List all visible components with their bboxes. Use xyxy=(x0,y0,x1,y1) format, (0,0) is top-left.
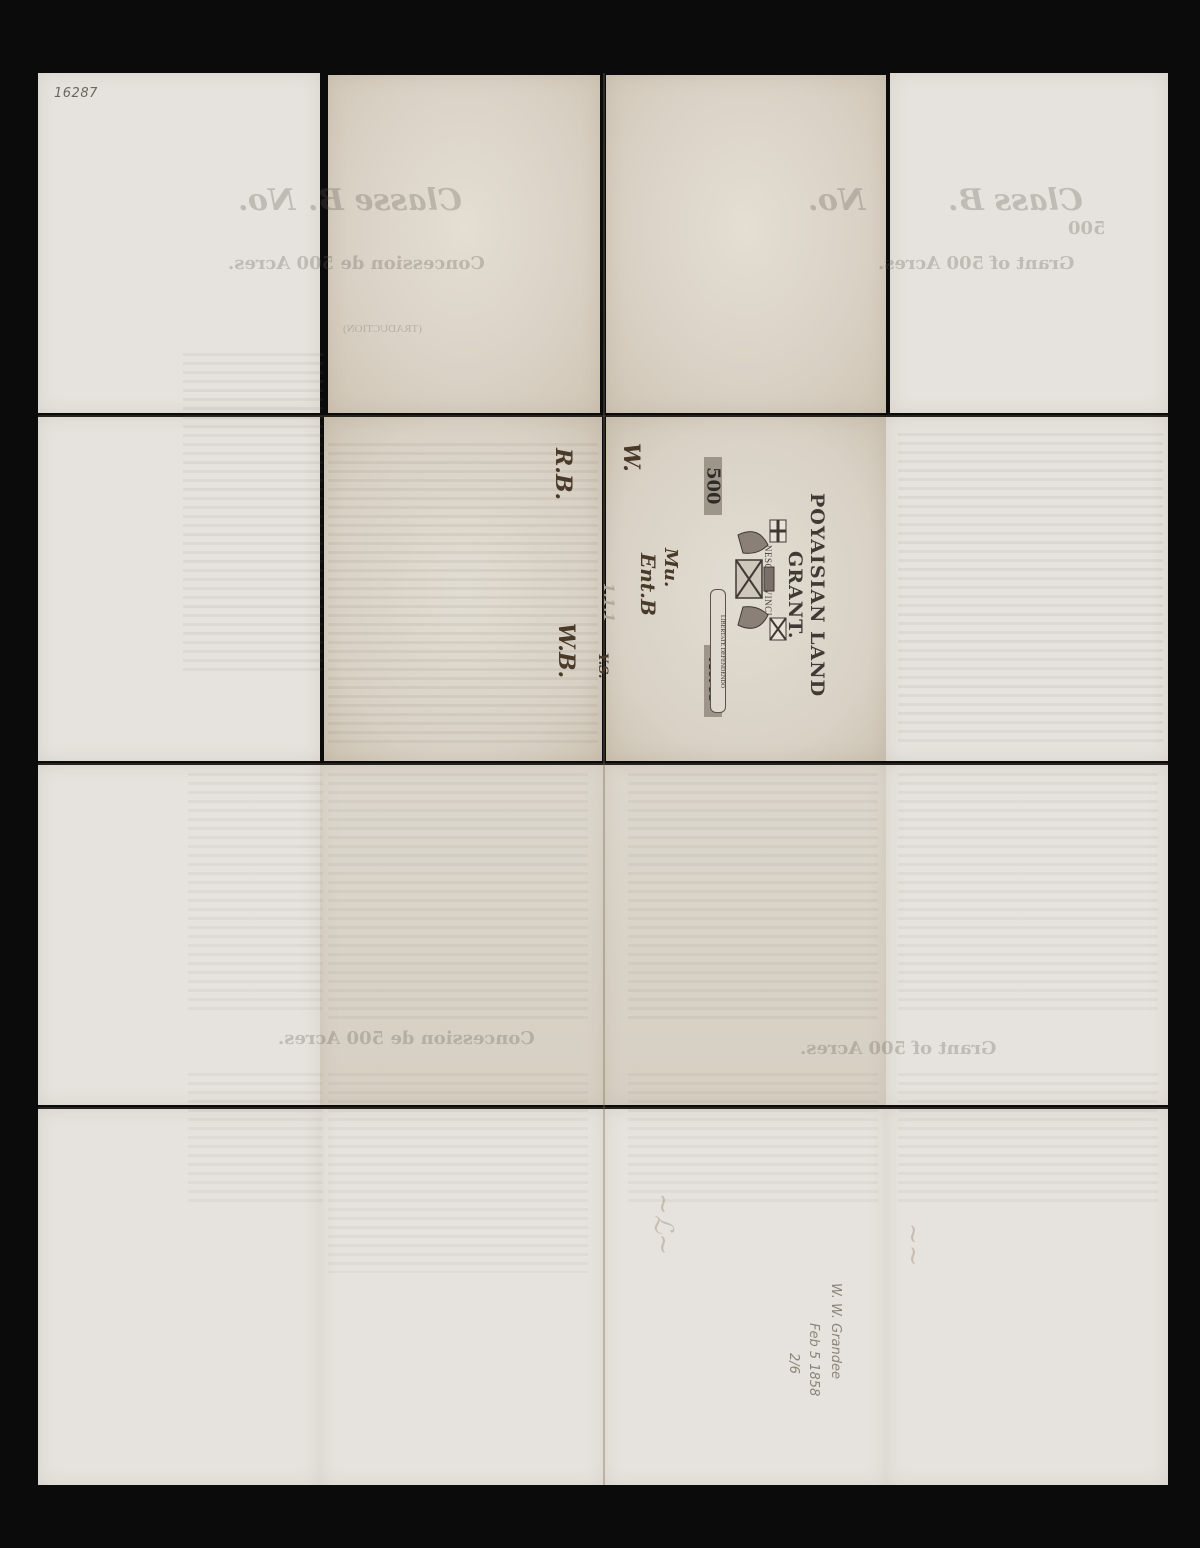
bleed-header-no: No. xyxy=(238,183,295,218)
seal-title: POYAISIAN LAND GRANT. xyxy=(788,445,828,745)
bleed-subtitle: Concession de 500 Acres. xyxy=(228,253,485,274)
pencil-note: Feb 5 1858 xyxy=(806,1323,821,1396)
bleed-text-block xyxy=(183,353,323,673)
handwritten-initials: 1.1.1 xyxy=(600,583,616,622)
bleed-text-block xyxy=(628,773,878,1023)
poyaisian-seal: POYAISIAN LAND GRANT. NESCIUS VINCI 500 … xyxy=(700,445,835,745)
bleed-header-class: Classe B. xyxy=(308,183,462,218)
seal-ribbon: LIBERTATE DEFENDENDO xyxy=(710,589,726,713)
handwritten-initials: Mu. xyxy=(660,548,681,587)
panel-r1-c4 xyxy=(890,73,1168,413)
bleed-header-no: No. xyxy=(808,183,865,218)
seal-amount: 500 xyxy=(704,457,722,515)
bleed-subtitle-lower: Concession de 500 Acres. xyxy=(278,1028,535,1049)
bleed-amount: 500 xyxy=(1068,218,1106,239)
bleed-text-block xyxy=(328,1073,588,1273)
bleed-text-block xyxy=(188,1073,323,1203)
bleed-text-block xyxy=(328,773,588,1023)
panel-r1-c2 xyxy=(328,75,600,413)
bleed-header-class: Class B. xyxy=(948,183,1083,218)
bleed-text-block xyxy=(628,1073,878,1203)
pencil-note: W. W. Grandee xyxy=(828,1283,843,1379)
bleed-text-block xyxy=(898,773,1158,1013)
bleed-text-block xyxy=(188,773,323,1013)
faint-signature: ~~ xyxy=(898,1223,928,1267)
fold-line xyxy=(603,73,605,1485)
bleed-translation: (TRADUCTION) xyxy=(343,323,422,335)
handwritten-initials: Y.S. xyxy=(595,653,610,679)
catalog-number: 16287 xyxy=(54,86,98,101)
handwritten-initials: W.B. xyxy=(553,623,579,678)
panel-r1-c3 xyxy=(606,75,886,413)
fold-line xyxy=(38,763,1168,765)
faint-signature: ~ℒ~ xyxy=(648,1193,678,1255)
handwritten-initials: W. xyxy=(618,443,644,472)
handwritten-initials: R.B. xyxy=(550,448,576,500)
pencil-note: 2/6 xyxy=(786,1353,801,1374)
bleed-text-block xyxy=(898,1073,1158,1203)
bleed-subtitle: Grant of 500 Acres. xyxy=(878,253,1074,274)
document-sheet: Classe B. No. Concession de 500 Acres. (… xyxy=(38,73,1168,1485)
bleed-subtitle-lower: Grant of 500 Acres. xyxy=(800,1038,996,1059)
handwritten-initials: Ent.B xyxy=(636,553,660,616)
bleed-text-block xyxy=(898,433,1163,743)
coat-of-arms-icon: LIBERTATE DEFENDENDO xyxy=(708,515,788,645)
